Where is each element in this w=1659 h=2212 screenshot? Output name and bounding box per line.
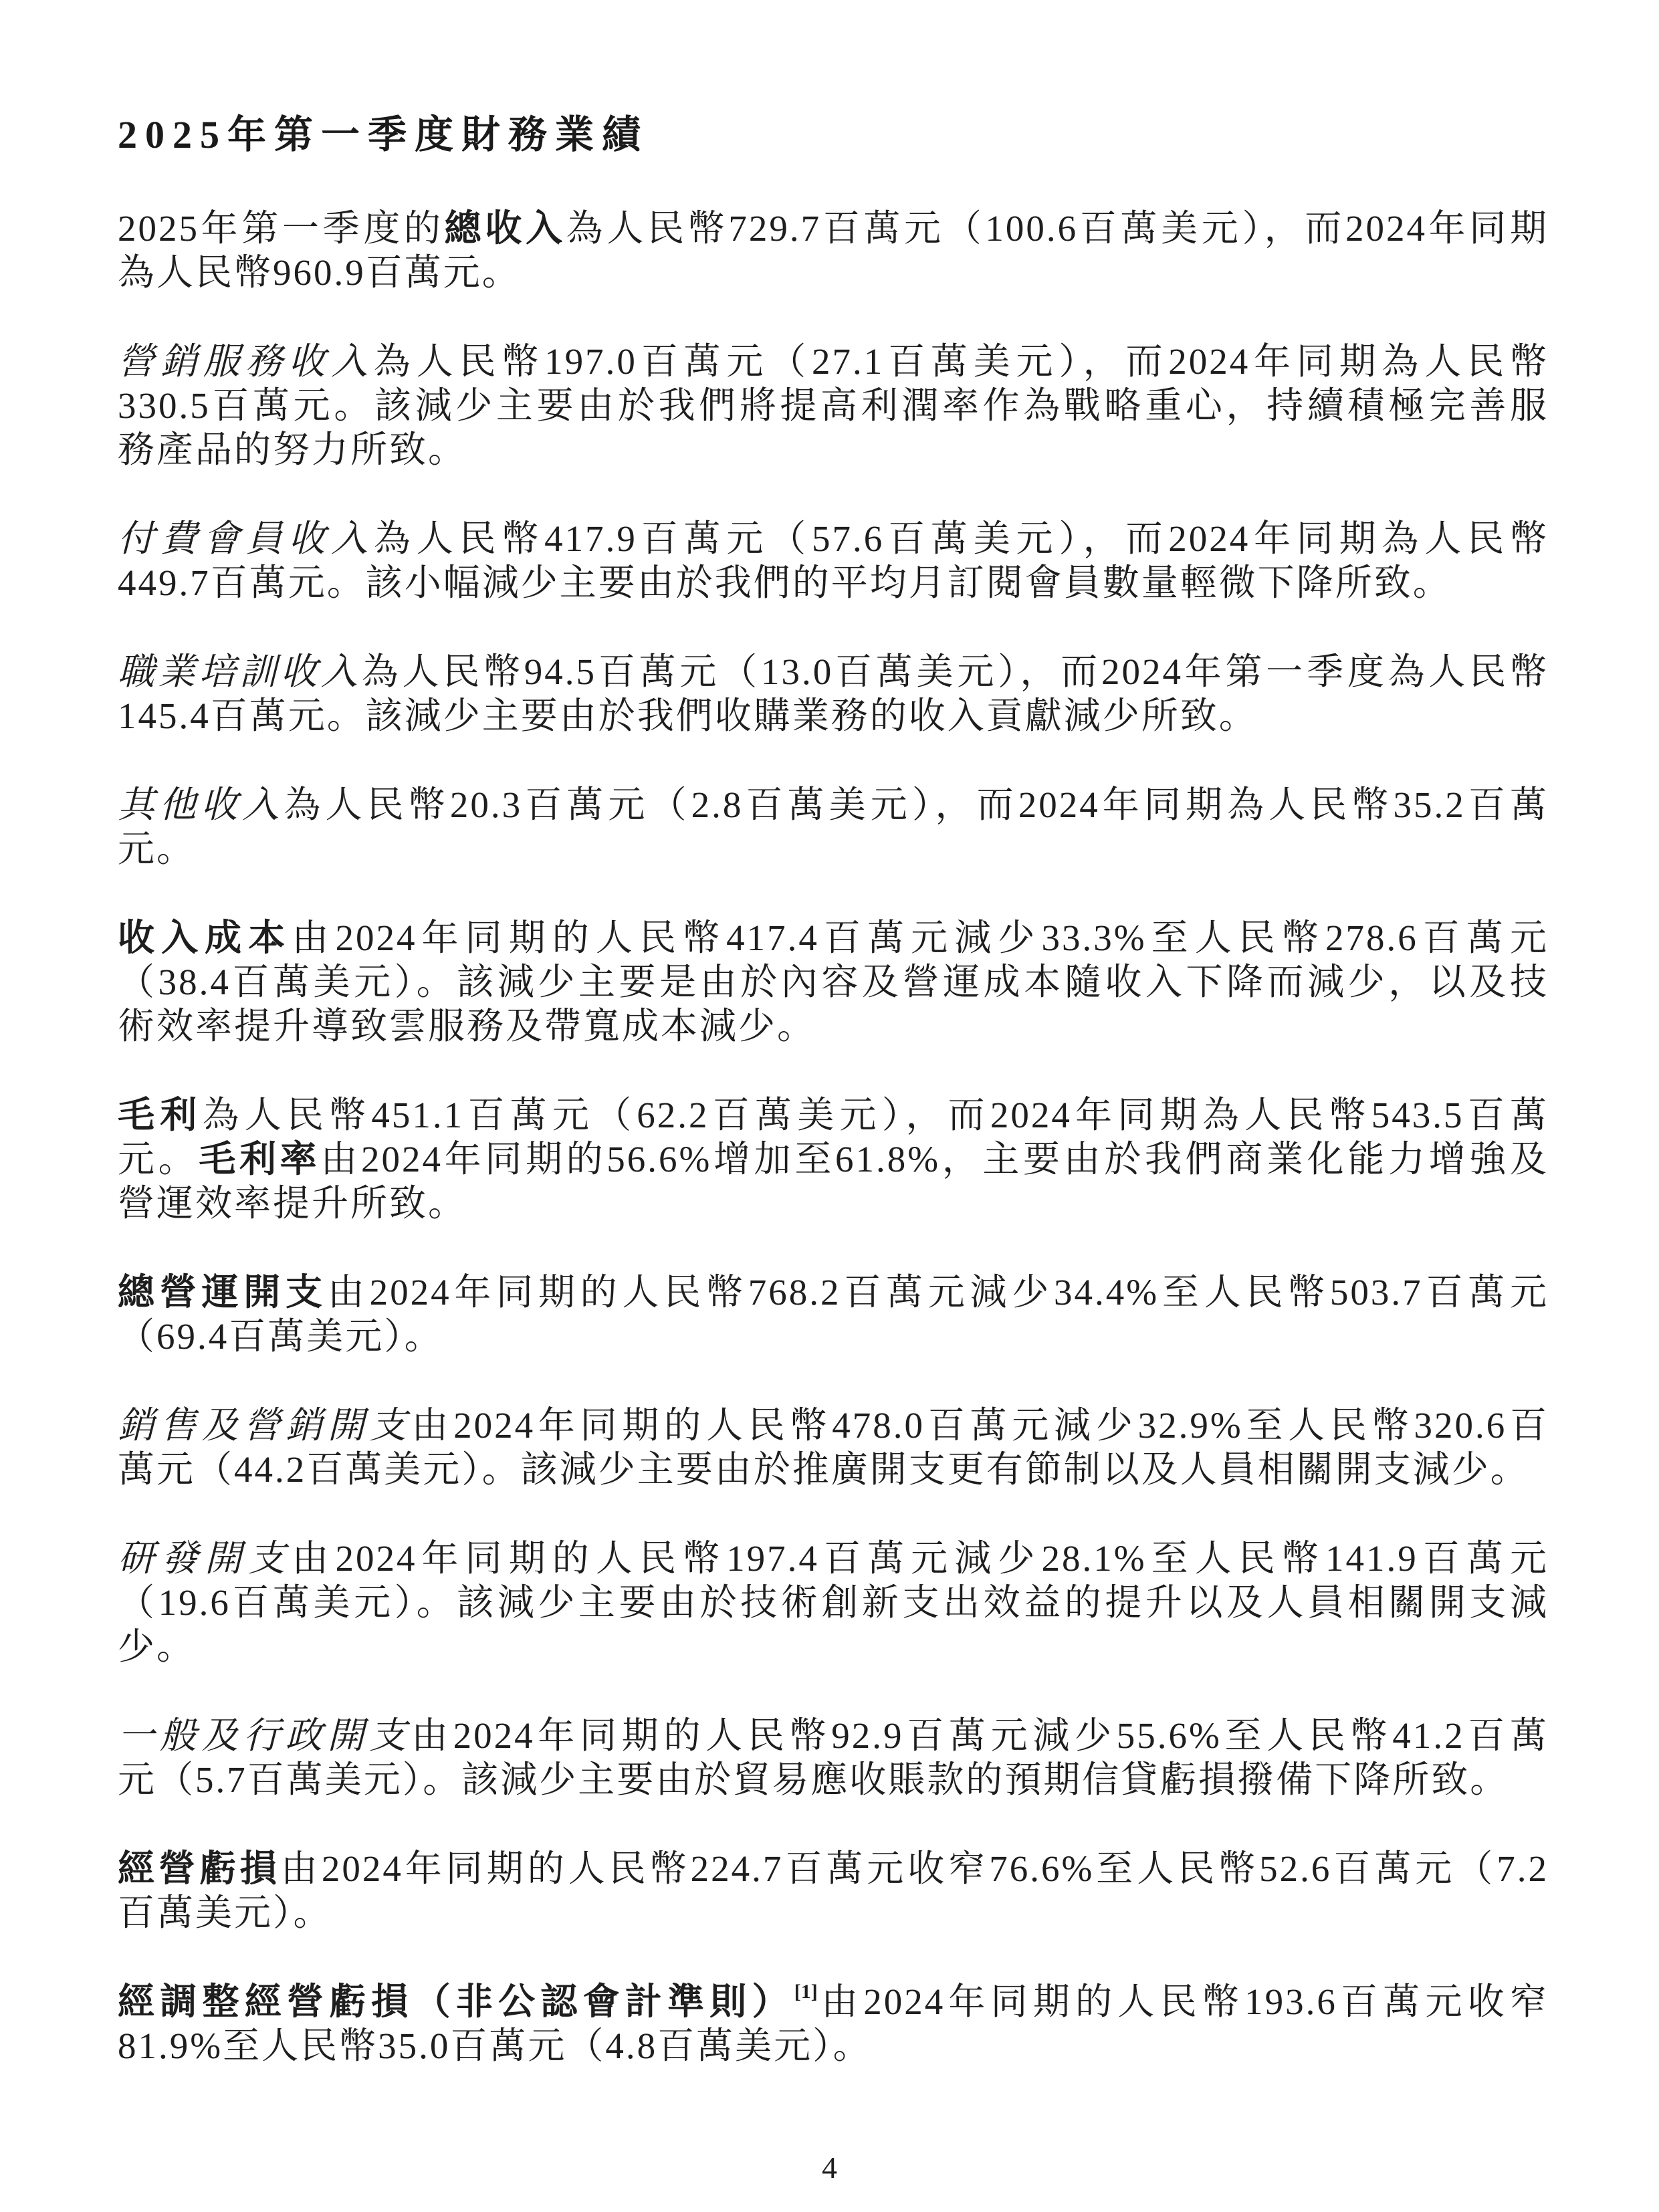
paragraph: 經調整經營虧損（非公認會計準則）[1]由2024年同期的人民幣193.6百萬元收… [118,1980,1549,2068]
text-run-italic: 銷售及營銷開支 [118,1405,411,1446]
text-line: （19.6百萬美元）。該減少主要由於技術創新支出效益的提升以及人員相關開支減 [118,1581,1549,1625]
paragraph: 經營虧損由2024年同期的人民幣224.7百萬元收窄76.6%至人民幣52.6百… [118,1847,1549,1935]
text-run-bold: 經營虧損 [118,1848,281,1889]
text-line: 營銷服務收入為人民幣197.0百萬元（27.1百萬美元），而2024年同期為人民… [118,340,1549,384]
text-run-normal: 為人民幣417.9百萬元（57.6百萬美元），而2024年同期為人民幣 [374,518,1549,559]
text-run-normal: 81.9%至人民幣35.0百萬元（4.8百萬美元）。 [118,2025,872,2066]
text-run-normal: 務產品的努力所致。 [118,429,467,470]
text-line: 一般及行政開支由2024年同期的人民幣92.9百萬元減少55.6%至人民幣41.… [118,1714,1549,1758]
text-line: 449.7百萬元。該小幅減少主要由於我們的平均月訂閱會員數量輕微下降所致。 [118,561,1549,605]
text-run-normal: （69.4百萬美元）。 [118,1316,443,1357]
text-run-bold: 經調整經營虧損（非公認會計準則） [118,1981,794,2022]
text-run-normal: 330.5百萬元。該減少主要由於我們將提高利潤率作為戰略重心，持續積極完善服 [118,385,1549,426]
text-run-normal: 由2024年同期的人民幣193.6百萬元收窄 [818,1981,1549,2022]
text-run-normal: 元。 [118,828,195,869]
page-title: 2025年第一季度財務業績 [118,108,1549,162]
text-line: 營運效率提升所致。 [118,1182,1549,1226]
text-run-normal: 萬元（44.2百萬美元）。該減少主要由於推廣開支更有節制以及人員相關開支減少。 [118,1449,1529,1490]
text-run-bold: 收入成本 [118,917,292,958]
text-run-normal: 由2024年同期的人民幣478.0百萬元減少32.9%至人民幣320.6百 [411,1405,1549,1446]
text-run-normal: 由2024年同期的人民幣197.4百萬元減少28.1%至人民幣141.9百萬元 [292,1538,1549,1579]
paragraph: 銷售及營銷開支由2024年同期的人民幣478.0百萬元減少32.9%至人民幣32… [118,1404,1549,1492]
text-line: 職業培訓收入為人民幣94.5百萬元（13.0百萬美元），而2024年第一季度為人… [118,650,1549,694]
text-run-bold: 總營運開支 [118,1272,328,1313]
text-line: 術效率提升導致雲服務及帶寬成本減少。 [118,1004,1549,1048]
text-line: 81.9%至人民幣35.0百萬元（4.8百萬美元）。 [118,2024,1549,2068]
text-run-italic: 研發開支 [118,1538,292,1579]
text-run-italic: 其他收入 [118,784,284,825]
text-run-normal: 由2024年同期的人民幣417.4百萬元減少33.3%至人民幣278.6百萬元 [292,917,1549,958]
text-run-normal: 由2024年同期的56.6%增加至61.8%，主要由於我們商業化能力增強及 [320,1139,1549,1180]
text-line: 付費會員收入為人民幣417.9百萬元（57.6百萬美元），而2024年同期為人民… [118,517,1549,561]
text-run-italic: 一般及行政開支 [118,1715,411,1756]
paragraph: 其他收入為人民幣20.3百萬元（2.8百萬美元），而2024年同期為人民幣35.… [118,783,1549,871]
paragraph: 一般及行政開支由2024年同期的人民幣92.9百萬元減少55.6%至人民幣41.… [118,1714,1549,1802]
text-line: （38.4百萬美元）。該減少主要是由於內容及營運成本隨收入下降而減少，以及技 [118,960,1549,1004]
text-run-normal: 2025年第一季度的 [118,208,445,249]
text-line: 330.5百萬元。該減少主要由於我們將提高利潤率作為戰略重心，持續積極完善服 [118,384,1549,428]
text-line: 銷售及營銷開支由2024年同期的人民幣478.0百萬元減少32.9%至人民幣32… [118,1404,1549,1448]
text-run-bold: 毛利 [118,1095,202,1135]
text-line: 收入成本由2024年同期的人民幣417.4百萬元減少33.3%至人民幣278.6… [118,916,1549,960]
text-run-normal: 術效率提升導致雲服務及帶寬成本減少。 [118,1006,816,1046]
text-line: 2025年第一季度的總收入為人民幣729.7百萬元（100.6百萬美元），而20… [118,207,1549,251]
text-run-normal: 百萬美元）。 [118,1892,332,1933]
text-line: 萬元（44.2百萬美元）。該減少主要由於推廣開支更有節制以及人員相關開支減少。 [118,1448,1549,1492]
text-run-normal: 為人民幣197.0百萬元（27.1百萬美元），而2024年同期為人民幣 [374,341,1549,382]
text-run-normal: 為人民幣94.5百萬元（13.0百萬美元），而2024年第一季度為人民幣 [362,651,1549,692]
paragraph: 毛利為人民幣451.1百萬元（62.2百萬美元），而2024年同期為人民幣543… [118,1093,1549,1226]
text-run-sup: [1] [794,1981,818,2003]
page-number: 4 [0,2150,1659,2185]
text-line: 研發開支由2024年同期的人民幣197.4百萬元減少28.1%至人民幣141.9… [118,1537,1549,1581]
text-line: 經調整經營虧損（非公認會計準則）[1]由2024年同期的人民幣193.6百萬元收… [118,1980,1549,2024]
text-run-normal: 少。 [118,1626,195,1667]
text-run-normal: 為人民幣451.1百萬元（62.2百萬美元），而2024年同期為人民幣543.5… [202,1095,1549,1135]
text-run-normal: 元。 [118,1139,199,1180]
paragraph: 收入成本由2024年同期的人民幣417.4百萬元減少33.3%至人民幣278.6… [118,916,1549,1048]
content: 2025年第一季度的總收入為人民幣729.7百萬元（100.6百萬美元），而20… [118,207,1549,2068]
text-run-italic: 付費會員收入 [118,518,374,559]
text-line: 毛利為人民幣451.1百萬元（62.2百萬美元），而2024年同期為人民幣543… [118,1093,1549,1137]
paragraph: 營銷服務收入為人民幣197.0百萬元（27.1百萬美元），而2024年同期為人民… [118,340,1549,472]
text-run-normal: 為人民幣729.7百萬元（100.6百萬美元），而2024年同期 [566,208,1549,249]
text-run-normal: 由2024年同期的人民幣92.9百萬元減少55.6%至人民幣41.2百萬 [411,1715,1549,1756]
text-line: 經營虧損由2024年同期的人民幣224.7百萬元收窄76.6%至人民幣52.6百… [118,1847,1549,1891]
text-run-normal: 145.4百萬元。該減少主要由於我們收購業務的收入貢獻減少所致。 [118,695,1258,736]
paragraph: 職業培訓收入為人民幣94.5百萬元（13.0百萬美元），而2024年第一季度為人… [118,650,1549,738]
text-run-normal: 由2024年同期的人民幣224.7百萬元收窄76.6%至人民幣52.6百萬元（7… [281,1848,1549,1889]
text-line: 145.4百萬元。該減少主要由於我們收購業務的收入貢獻減少所致。 [118,694,1549,738]
paragraph: 總營運開支由2024年同期的人民幣768.2百萬元減少34.4%至人民幣503.… [118,1270,1549,1359]
text-line: 元。 [118,827,1549,871]
text-run-italic: 營銷服務收入 [118,341,374,382]
text-run-bold: 毛利率 [199,1139,320,1180]
text-run-normal: 449.7百萬元。該小幅減少主要由於我們的平均月訂閱會員數量輕微下降所致。 [118,562,1452,603]
text-run-italic: 職業培訓收入 [118,651,362,692]
text-line: 少。 [118,1625,1549,1669]
text-line: 為人民幣960.9百萬元。 [118,251,1549,295]
paragraph: 2025年第一季度的總收入為人民幣729.7百萬元（100.6百萬美元），而20… [118,207,1549,295]
paragraph: 付費會員收入為人民幣417.9百萬元（57.6百萬美元），而2024年同期為人民… [118,517,1549,605]
text-line: 百萬美元）。 [118,1891,1549,1935]
text-run-normal: 為人民幣20.3百萬元（2.8百萬美元），而2024年同期為人民幣35.2百萬 [284,784,1549,825]
text-run-normal: （38.4百萬美元）。該減少主要是由於內容及營運成本隨收入下降而減少，以及技 [118,962,1549,1002]
text-run-normal: 營運效率提升所致。 [118,1183,467,1224]
text-run-normal: 為人民幣960.9百萬元。 [118,252,521,293]
text-line: 元。毛利率由2024年同期的56.6%增加至61.8%，主要由於我們商業化能力增… [118,1137,1549,1182]
text-run-normal: 由2024年同期的人民幣768.2百萬元減少34.4%至人民幣503.7百萬元 [328,1272,1549,1313]
text-line: 總營運開支由2024年同期的人民幣768.2百萬元減少34.4%至人民幣503.… [118,1270,1549,1315]
text-run-bold: 總收入 [445,208,566,249]
text-line: （69.4百萬美元）。 [118,1315,1549,1359]
text-run-normal: （19.6百萬美元）。該減少主要由於技術創新支出效益的提升以及人員相關開支減 [118,1582,1549,1623]
text-line: 元（5.7百萬美元）。該減少主要由於貿易應收賬款的預期信貸虧損撥備下降所致。 [118,1758,1549,1802]
paragraph: 研發開支由2024年同期的人民幣197.4百萬元減少28.1%至人民幣141.9… [118,1537,1549,1669]
text-line: 務產品的努力所致。 [118,428,1549,472]
document-page: 2025年第一季度財務業績 2025年第一季度的總收入為人民幣729.7百萬元（… [0,0,1659,2212]
text-run-normal: 元（5.7百萬美元）。該減少主要由於貿易應收賬款的預期信貸虧損撥備下降所致。 [118,1759,1509,1800]
text-line: 其他收入為人民幣20.3百萬元（2.8百萬美元），而2024年同期為人民幣35.… [118,783,1549,827]
